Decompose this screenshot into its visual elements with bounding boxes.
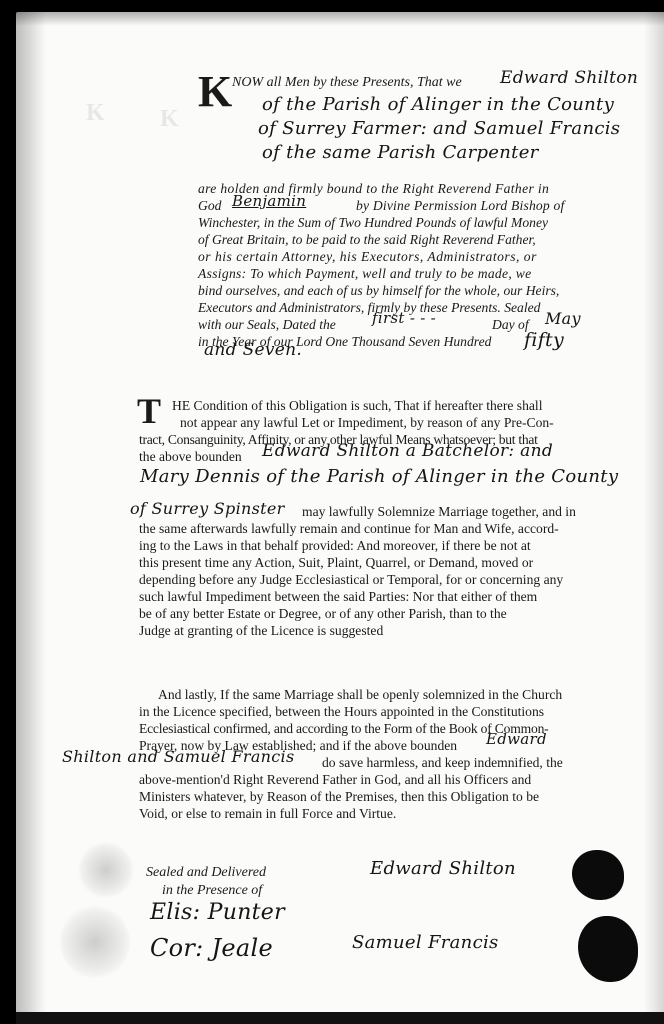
signer-signature: Edward Shilton bbox=[370, 860, 516, 877]
signer-signature: Samuel Francis bbox=[352, 934, 499, 951]
handwritten-month: May bbox=[545, 310, 581, 327]
bleed-through-mark: K bbox=[86, 100, 105, 127]
condition-line: the above bounden bbox=[139, 448, 242, 465]
page-edge-shadow bbox=[644, 12, 664, 1020]
handwritten-occupation: of Surrey Farmer: and Samuel Francis bbox=[258, 120, 620, 137]
handwritten-bounden: Shilton and Samuel Francis bbox=[62, 748, 294, 765]
thumbprint-smudge bbox=[60, 904, 130, 980]
condition-line: Judge at granting of the Licence is sugg… bbox=[139, 622, 383, 639]
handwritten-names: Edward Shilton bbox=[500, 70, 638, 87]
bleed-through-mark: K bbox=[160, 106, 179, 133]
handwritten-bride-status: of Surrey Spinster bbox=[130, 500, 285, 517]
thumbprint-smudge bbox=[78, 842, 134, 898]
handwritten-groom: Edward Shilton a Batchelor: and bbox=[262, 443, 553, 460]
wax-seal bbox=[578, 916, 638, 982]
lastly-line: do save harmless, and keep indemnified, … bbox=[322, 754, 563, 771]
lastly-line: And lastly, If the same Marriage shall b… bbox=[158, 686, 562, 703]
handwritten-bishop: Benjamin bbox=[232, 193, 306, 210]
condition-line: be of any better Estate or Degree, or of… bbox=[139, 605, 507, 622]
handwritten-bounden: Edward bbox=[486, 731, 547, 748]
condition-line: HE Condition of this Obligation is such,… bbox=[172, 397, 542, 414]
handwritten-year: and Seven. bbox=[204, 342, 302, 359]
bond-opening: NOW all Men by these Presents, That we bbox=[232, 74, 462, 91]
witness-signature: Elis: Punter bbox=[150, 904, 285, 921]
bond-line: God bbox=[198, 197, 221, 214]
handwritten-year: fifty bbox=[524, 332, 564, 349]
handwritten-occupation: of the same Parish Carpenter bbox=[262, 144, 539, 161]
handwritten-day: first - - - bbox=[372, 310, 436, 327]
bond-dropcap: K bbox=[198, 72, 232, 112]
lastly-line: in the Licence specified, between the Ho… bbox=[139, 703, 544, 720]
page-edge-shadow bbox=[16, 12, 46, 1020]
lastly-line: Void, or else to remain in full Force an… bbox=[139, 805, 396, 822]
lastly-line: Ministers whatever, by Reason of the Pre… bbox=[139, 788, 539, 805]
bond-line: with our Seals, Dated the bbox=[198, 316, 336, 333]
witness-label: in the Presence of bbox=[162, 882, 262, 899]
handwritten-bride: Mary Dennis of the Parish of Alinger in … bbox=[140, 468, 618, 485]
bond-line: bind ourselves, and each of us by himsel… bbox=[198, 282, 559, 299]
bond-line: Executors and Administrators, firmly by … bbox=[198, 299, 540, 316]
condition-line: depending before any Judge Ecclesiastica… bbox=[139, 571, 563, 588]
page-edge-shadow bbox=[16, 12, 664, 26]
condition-line: ing to the Laws in that behalf provided:… bbox=[139, 537, 531, 554]
condition-line: such lawful Impediment between the said … bbox=[139, 588, 537, 605]
condition-line: may lawfully Solemnize Marriage together… bbox=[302, 503, 576, 520]
bond-line: Assigns: To which Payment, well and trul… bbox=[198, 265, 531, 282]
bond-line: or his certain Attorney, his Executors, … bbox=[198, 248, 537, 265]
bond-line: by Divine Permission Lord Bishop of bbox=[356, 197, 565, 214]
handwritten-parish: of the Parish of Alinger in the County bbox=[262, 96, 614, 113]
condition-dropcap: T bbox=[137, 395, 161, 427]
lastly-line: above-mention'd Right Reverend Father in… bbox=[139, 771, 531, 788]
bond-line: of Great Britain, to be paid to the said… bbox=[198, 231, 536, 248]
witness-label: Sealed and Delivered bbox=[146, 864, 266, 881]
witness-signature: Cor: Jeale bbox=[150, 940, 273, 957]
page-edge-shadow bbox=[16, 1012, 664, 1024]
condition-line: this present time any Action, Suit, Plai… bbox=[139, 554, 533, 571]
condition-line: the same afterwards lawfully remain and … bbox=[139, 520, 559, 537]
bond-line: Winchester, in the Sum of Two Hundred Po… bbox=[198, 214, 548, 231]
wax-seal bbox=[572, 850, 624, 900]
condition-line: not appear any lawful Let or Impediment,… bbox=[180, 414, 554, 431]
